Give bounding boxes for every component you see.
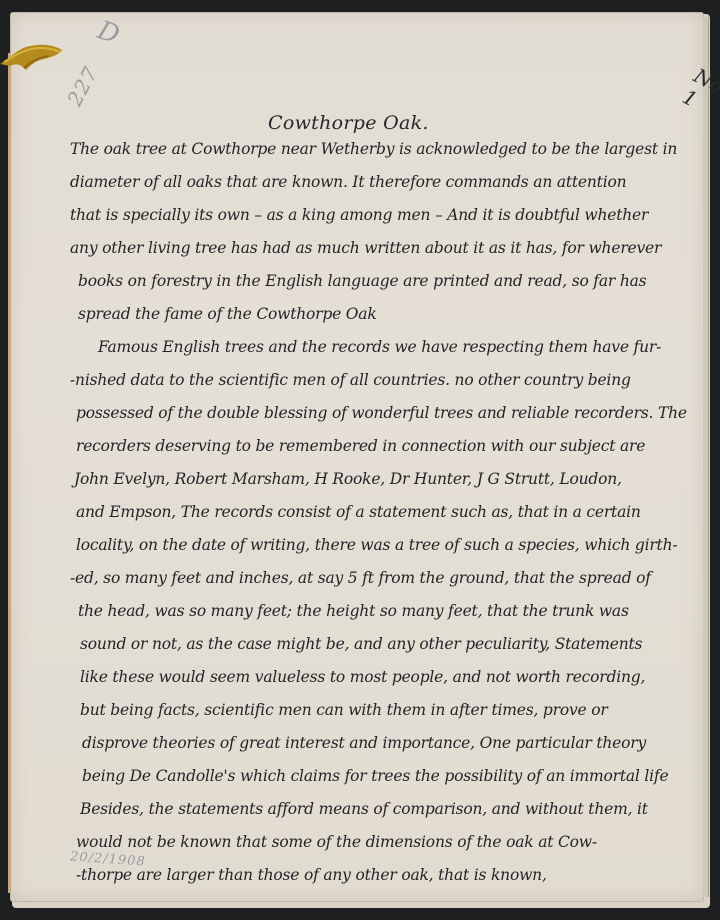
text-line: locality, on the date of writing, there … [76, 536, 677, 554]
text-line: any other living tree has had as much wr… [70, 239, 661, 257]
page-title: Cowthorpe Oak. [268, 112, 429, 134]
text-line: sound or not, as the case might be, and … [80, 635, 642, 653]
text-line: John Evelyn, Robert Marsham, H Rooke, Dr… [74, 470, 622, 488]
text-line: possessed of the double blessing of wond… [76, 404, 687, 422]
text-line: disprove theories of great interest and … [82, 734, 646, 752]
page-edge-right [703, 17, 709, 897]
text-line: the head, was so many feet; the height s… [78, 602, 629, 620]
text-line: like these would seem valueless to most … [80, 668, 645, 686]
text-line: Famous English trees and the records we … [98, 338, 661, 356]
text-line: being De Candolle's which claims for tre… [82, 767, 668, 785]
page-edge-left [8, 53, 11, 893]
text-line: spread the fame of the Cowthorpe Oak [78, 305, 377, 323]
text-line: but being facts, scientific men can with… [80, 701, 608, 719]
text-line: recorders deserving to be remembered in … [76, 437, 645, 455]
text-line: Besides, the statements afford means of … [80, 800, 648, 818]
text-line: diameter of all oaks that are known. It … [70, 173, 626, 191]
text-line: -nished data to the scientific men of al… [70, 371, 631, 389]
text-line: would not be known that some of the dime… [76, 833, 597, 851]
text-line: -ed, so many feet and inches, at say 5 f… [70, 569, 651, 587]
text-line: books on forestry in the English languag… [78, 272, 646, 290]
binding-string-icon [0, 36, 66, 76]
text-line: that is specially its own – as a king am… [70, 206, 648, 224]
text-line: The oak tree at Cowthorpe near Wetherby … [70, 140, 677, 158]
text-line: -thorpe are larger than those of any oth… [76, 866, 547, 884]
text-line: and Empson, The records consist of a sta… [76, 503, 641, 521]
